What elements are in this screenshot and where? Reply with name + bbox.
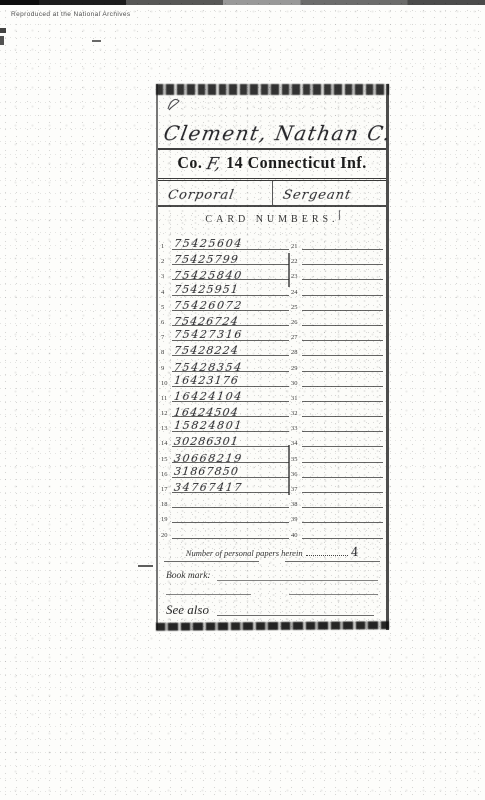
row-rule: 75428354: [172, 355, 289, 371]
regiment-label: 14 Connecticut Inf.: [226, 154, 367, 173]
papers-label: Number of personal papers herein: [186, 548, 303, 558]
row-rule: [302, 386, 383, 402]
rank-row: Corporal Sergeant: [158, 181, 386, 207]
card-number-row: 39: [291, 508, 383, 523]
row-number: 22: [291, 258, 302, 265]
scan-artifact-mark: [0, 36, 4, 45]
row-number: 17: [161, 486, 172, 493]
card-number-row: 29: [291, 356, 383, 371]
card-number-row: 35: [291, 447, 383, 462]
row-rule: [302, 462, 383, 478]
row-number: 5: [161, 304, 172, 311]
row-number: 1: [161, 243, 172, 250]
card-number-row: 575426072: [161, 296, 289, 311]
row-rule: 30668219: [172, 446, 289, 462]
row-number: 14: [161, 440, 172, 447]
row-number: 11: [161, 395, 172, 402]
row-number: 28: [291, 349, 302, 356]
row-rule: [302, 310, 383, 326]
rank-out-value: Sergeant: [281, 188, 352, 203]
row-rule: 16424104: [172, 386, 289, 402]
row-rule: 75425840: [172, 264, 289, 280]
card-number-row: 1430286301: [161, 432, 289, 447]
card-numbers-left-column: 1754256042754257993754258404754259515754…: [161, 235, 289, 539]
row-number: 36: [291, 471, 302, 478]
row-rule: 75425604: [172, 234, 289, 250]
index-card: Clement, Nathan C. Co. F, 14 Connecticut…: [156, 84, 389, 630]
row-number: 26: [291, 319, 302, 326]
bracket-mark: [288, 253, 290, 287]
card-number-row: 1016423176: [161, 372, 289, 387]
scan-artifact-mark: [92, 40, 101, 42]
card-number-row: 31: [291, 387, 383, 402]
name-field: Clement, Nathan C.: [158, 95, 386, 150]
row-number: 38: [291, 501, 302, 508]
row-number: 13: [161, 425, 172, 432]
card-number-row: 875428224: [161, 341, 289, 356]
card-number-row: 34: [291, 432, 383, 447]
row-rule: [302, 325, 383, 341]
row-number: 16: [161, 471, 172, 478]
card-number-row: 18: [161, 493, 289, 508]
row-rule: [302, 492, 383, 508]
dotted-leader: [306, 555, 348, 556]
card-numbers-columns: 1754256042754257993754258404754259515754…: [158, 235, 386, 539]
row-number: 9: [161, 365, 172, 372]
row-number: 20: [161, 532, 172, 539]
row-rule: [302, 522, 383, 538]
row-number: 15: [161, 456, 172, 463]
papers-value: 4: [350, 545, 360, 560]
rank-out-field: Sergeant: [273, 181, 387, 205]
card-number-row: 24: [291, 280, 383, 295]
unit-line: Co. F, 14 Connecticut Inf.: [158, 150, 386, 181]
card-bottom-border: [156, 621, 389, 630]
card-number-row: 28: [291, 341, 383, 356]
card-number-row: 40: [291, 523, 383, 538]
card-number-row: 25: [291, 296, 383, 311]
card-number-row: 1216424504: [161, 402, 289, 417]
row-rule: [302, 401, 383, 417]
card-number-row: 175425604: [161, 235, 289, 250]
card-number-row: 30: [291, 372, 383, 387]
row-rule: 15824801: [172, 416, 289, 432]
row-rule: 16423176: [172, 371, 289, 387]
row-rule: 34767417: [172, 477, 289, 493]
card-number-row: 22: [291, 250, 383, 265]
row-number: 30: [291, 380, 302, 387]
row-rule: [302, 416, 383, 432]
card-number-row: 475425951: [161, 280, 289, 295]
card-number-row: 975428354: [161, 356, 289, 371]
row-rule: 16424504: [172, 401, 289, 417]
rank-in-value: Corporal: [167, 188, 236, 203]
card-number-row: 26: [291, 311, 383, 326]
row-rule: [302, 234, 383, 250]
row-number: 29: [291, 365, 302, 372]
card-number-row: 33: [291, 417, 383, 432]
row-rule: 75425799: [172, 249, 289, 265]
card-number-row: 375425840: [161, 265, 289, 280]
row-number: 21: [291, 243, 302, 250]
ruled-line: [217, 580, 378, 581]
scanned-page: Reproduced at the National Archives Clem…: [0, 0, 485, 800]
book-mark-label: Book mark:: [166, 571, 211, 581]
soldier-name: Clement, Nathan C.: [162, 121, 394, 145]
papers-line: Number of personal papers herein 4: [158, 544, 386, 558]
row-number: 25: [291, 304, 302, 311]
row-rule: [302, 295, 383, 311]
ruled-line: [217, 615, 374, 616]
row-rule: [172, 492, 289, 508]
card-number-row: 36: [291, 463, 383, 478]
scan-artifact-topbar: [0, 0, 485, 5]
card-number-row: 1530668219: [161, 447, 289, 462]
card-number-row: 37: [291, 478, 383, 493]
row-rule: [302, 279, 383, 295]
card-number-row: 275425799: [161, 250, 289, 265]
row-number: 37: [291, 486, 302, 493]
row-rule: 75425951: [172, 279, 289, 295]
card-number-row: 20: [161, 523, 289, 538]
card-number-row: 1734767417: [161, 478, 289, 493]
row-number: 35: [291, 456, 302, 463]
row-number: 32: [291, 410, 302, 417]
row-rule: [302, 446, 383, 462]
row-rule: [302, 340, 383, 356]
pen-flourish-icon: [166, 97, 182, 111]
row-number: 39: [291, 516, 302, 523]
card-number-row: 32: [291, 402, 383, 417]
row-number: 19: [161, 516, 172, 523]
row-rule: 31867850: [172, 462, 289, 478]
row-number: 40: [291, 532, 302, 539]
row-number: 6: [161, 319, 172, 326]
row-number: 23: [291, 273, 302, 280]
row-number: 8: [161, 349, 172, 356]
scan-artifact-mark: [138, 565, 153, 567]
card-numbers-right-column: 2122232425262728293031323334353637383940: [291, 235, 383, 539]
row-number: 3: [161, 273, 172, 280]
row-number: 34: [291, 440, 302, 447]
row-number: 12: [161, 410, 172, 417]
bracket-mark: [288, 445, 290, 495]
row-rule: [302, 371, 383, 387]
book-mark-field: Book mark:: [158, 562, 386, 583]
card-number-row: 19: [161, 508, 289, 523]
row-rule: [172, 522, 289, 538]
row-number: 24: [291, 289, 302, 296]
row-number: 27: [291, 334, 302, 341]
rank-in-field: Corporal: [158, 181, 273, 205]
row-rule: [302, 264, 383, 280]
archives-stamp: Reproduced at the National Archives: [11, 11, 131, 18]
row-rule: [302, 431, 383, 447]
row-number: 18: [161, 501, 172, 508]
row-rule: 75426724: [172, 310, 289, 326]
row-rule: 75426072: [172, 295, 289, 311]
card-number-row: 1315824801: [161, 417, 289, 432]
row-rule: 30286301: [172, 431, 289, 447]
row-number: 4: [161, 289, 172, 296]
card-number-row: 775427316: [161, 326, 289, 341]
row-number: 7: [161, 334, 172, 341]
row-rule: 75428224: [172, 340, 289, 356]
card-number-row: 1116424104: [161, 387, 289, 402]
see-also-field: See also: [158, 595, 386, 622]
row-rule: [302, 477, 383, 493]
card-top-border: [156, 84, 389, 95]
card-numbers-heading: CARD NUMBERS.: [158, 207, 386, 235]
card-number-row: 1631867850: [161, 463, 289, 478]
row-number: 2: [161, 258, 172, 265]
row-rule: 75427316: [172, 325, 289, 341]
card-number-row: 27: [291, 326, 383, 341]
row-number: 33: [291, 425, 302, 432]
card-number-row: 23: [291, 265, 383, 280]
card-number-row: 38: [291, 493, 383, 508]
company-label: Co.: [177, 154, 202, 173]
row-number: 10: [161, 380, 172, 387]
row-rule: [302, 355, 383, 371]
row-number: 31: [291, 395, 302, 402]
card-number-row: 21: [291, 235, 383, 250]
row-rule: [302, 507, 383, 523]
card-number-row: 675426724: [161, 311, 289, 326]
row-rule: [302, 249, 383, 265]
see-also-label: See also: [166, 602, 209, 618]
company-letter: F,: [205, 154, 223, 173]
scan-artifact-mark: [0, 28, 6, 33]
row-rule: [172, 507, 289, 523]
